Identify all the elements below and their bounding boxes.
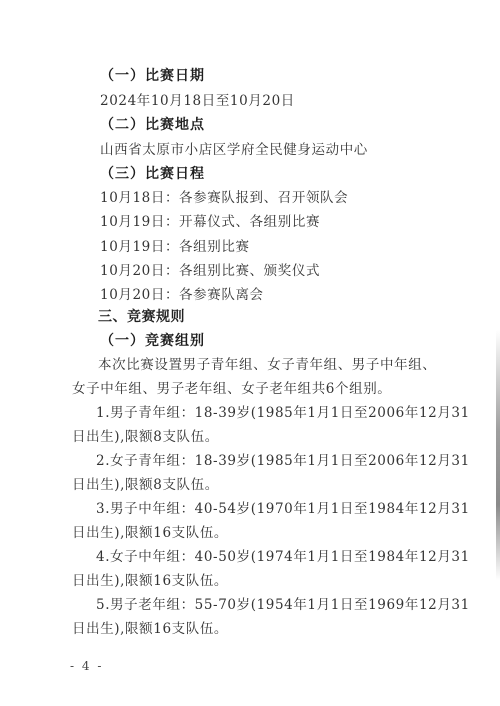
group-item-1-cont: 日出生),限额8支队伍。 xyxy=(72,428,219,446)
competition-date-text: 2024年10月18日至10月20日 xyxy=(100,92,295,110)
group-item-2: 2.女子青年组：18-39岁(1985年1月1日至2006年12月31 xyxy=(96,452,470,470)
page-number: - 4 - xyxy=(70,659,103,673)
document-page: （一）比赛日期 2024年10月18日至10月20日 （二）比赛地点 山西省太原… xyxy=(0,0,500,706)
groups-paragraph: 本次比赛设置男子青年组、女子青年组、男子中年组、 xyxy=(98,356,436,374)
group-item-4-cont: 日出生),限额16支队伍。 xyxy=(72,572,228,590)
group-item-1: 1.男子青年组：18-39岁(1985年1月1日至2006年12月31 xyxy=(96,404,470,422)
group-item-4: 4.女子中年组：40-50岁(1974年1月1日至1984年12月31 xyxy=(96,548,470,566)
schedule-item: 10月19日：开幕仪式、各组别比赛 xyxy=(100,213,320,231)
section-competition-rules: 三、竞赛规则 xyxy=(98,308,185,326)
groups-paragraph-cont: 女子中年组、男子老年组、女子老年组共6个组别。 xyxy=(72,380,391,398)
heading-competition-groups: （一）竞赛组别 xyxy=(100,332,205,350)
schedule-item: 10月19日：各组别比赛 xyxy=(100,238,250,256)
group-item-2-cont: 日出生),限额8支队伍。 xyxy=(72,476,219,494)
schedule-item: 10月18日：各参赛队报到、召开领队会 xyxy=(100,189,348,207)
heading-competition-schedule: （三）比赛日程 xyxy=(100,165,205,183)
schedule-item: 10月20日：各组别比赛、颁奖仪式 xyxy=(100,262,320,280)
schedule-item: 10月20日：各参赛队离会 xyxy=(100,286,264,304)
heading-competition-venue: （二）比赛地点 xyxy=(100,116,205,134)
group-item-5: 5.男子老年组：55-70岁(1954年1月1日至1969年12月31 xyxy=(96,596,470,614)
group-item-3-cont: 日出生),限额16支队伍。 xyxy=(72,524,228,542)
heading-competition-date: （一）比赛日期 xyxy=(100,67,205,85)
competition-venue-text: 山西省太原市小店区学府全民健身运动中心 xyxy=(100,141,368,159)
scan-edge-shadow xyxy=(496,330,500,580)
group-item-5-cont: 日出生),限额16支队伍。 xyxy=(72,620,228,638)
group-item-3: 3.男子中年组：40-54岁(1970年1月1日至1984年12月31 xyxy=(96,500,470,518)
